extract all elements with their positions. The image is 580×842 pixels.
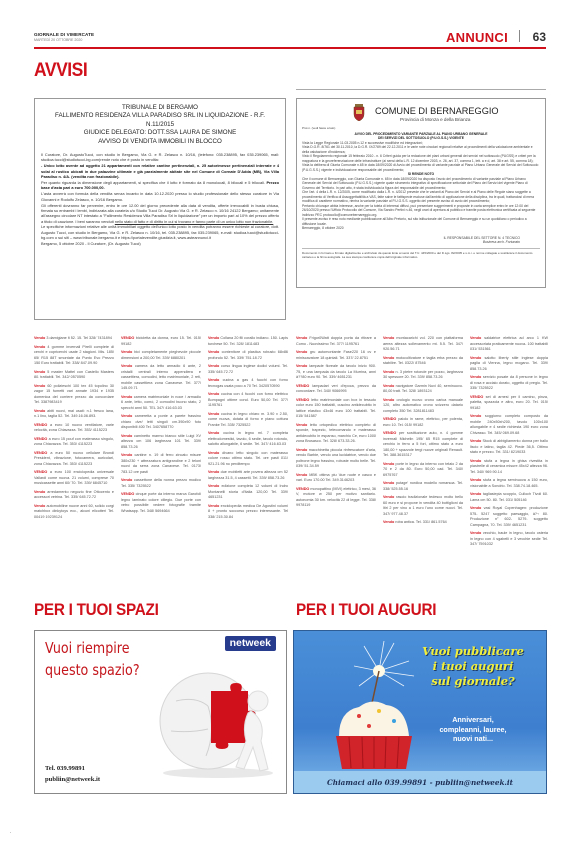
classified-text: servizio posate da 8 persone in legno di… [470, 375, 548, 390]
advert-auguri-contact[interactable]: Chiamaci allo 039.99891 - publiin@netwee… [294, 778, 546, 787]
classified-text: salotto liberty stile inglese doppia pag… [470, 356, 548, 371]
classified-text: soggiorno completo composto da mobile 24… [470, 414, 548, 435]
coat-of-arms-icon [353, 104, 365, 121]
classified-keyword: Vendo [383, 370, 394, 374]
advert-auguri-subline: Anniversari, compleanni, lauree, nuovi n… [408, 715, 538, 744]
classified-ad: Vendo putage' nordica modello romarsoa. … [383, 481, 463, 492]
classified-text: due mobiletti arte povera altezza cm 52 … [208, 470, 288, 480]
classified-keyword: Vendo [470, 459, 481, 463]
classified-text: letto ortopedico elettrico completo di s… [296, 423, 376, 444]
classified-keyword: Vendo [34, 409, 45, 413]
classified-keyword: VENDO [34, 470, 47, 474]
classified-keyword: Vendo [296, 364, 307, 368]
classified-ad: Vendo roba antica. Tel. 331/ 861.5764 [383, 520, 463, 526]
classified-keyword: Vendo [34, 336, 45, 340]
classifieds-column-3: Vendo Collana 20 fili corallo indiano. 1… [208, 336, 288, 523]
classified-ad: Vendo 60 polizieschi 100 tex 45 topolino… [34, 384, 114, 406]
classified-keyword: Vendo [470, 506, 481, 510]
classified-text: cucina con 4 fuochi con forno elettrico … [208, 392, 288, 407]
classified-ad: VENDO set di arnesi per il camino, pinza… [470, 395, 548, 412]
classified-keyword: Vendo [121, 434, 132, 438]
classified-keyword: Vendo [121, 395, 132, 399]
comune-title: COMUNE DI BERNAREGGIO [375, 106, 499, 116]
classified-keyword: Vendo [470, 439, 481, 443]
tribunale-heading-line: FALLIMENTO RESIDENZA VILLA PARADISO SRL … [41, 112, 279, 129]
classified-text: arredamento negozio fine Ottocento e acc… [34, 490, 114, 500]
classified-text: lampade floreale da tavolo inizio 900. 7… [296, 364, 376, 379]
classified-keyword: VENDO [34, 437, 47, 441]
classified-keyword: Vendo [470, 478, 481, 482]
classified-keyword: Vendo [296, 473, 307, 477]
classified-keyword: Vendo [296, 336, 307, 340]
classified-ad: Vendo camera da letto armadio 6 ante, 2 … [121, 364, 201, 392]
classified-keyword: Vendo [208, 336, 219, 340]
classified-keyword: Vendo [34, 504, 45, 508]
classified-text: macchinetta piccola rinfrescatore d'aria… [296, 448, 376, 469]
classified-ad: Vendo arredamento negozio fine Ottocento… [34, 490, 114, 501]
classified-ad: Vendo vasi Royal Copenhagen: produzione … [470, 506, 548, 528]
tribunale-heading: TRIBUNALE DI BERGAMO FALLIMENTO RESIDENZ… [41, 104, 279, 146]
classified-text: orologio nuovo crono carica manuale 120,… [383, 398, 463, 413]
classifieds-column-6: Vendo saldatrice elettrica ad arco 1 KW … [470, 336, 548, 551]
classified-keyword: Vendo [121, 364, 132, 368]
classified-text: vecchio, baule in legno, tavolo osteria … [470, 531, 548, 546]
classified-text: porte in legno da interno con telaio 2 d… [383, 462, 463, 477]
classified-keyword: VENDO [296, 384, 309, 388]
classified-keyword: Vendo [121, 453, 132, 457]
classified-text: 60 polizieschi 100 tex 45 topolino 30 za… [34, 384, 114, 405]
classified-ad: Vendo Stock di abbigliamento donna per b… [470, 439, 548, 456]
page-mark [10, 832, 11, 833]
classified-text: caminetto marmo bianco stile Luigi XV al… [121, 434, 201, 449]
comune-notice: COMUNE DI BERNAREGGIO Provincia di Monza… [296, 98, 546, 288]
classified-text: Frigor0Watt doppia porta da ritirare a C… [296, 336, 376, 346]
classified-keyword: Vendo [296, 350, 307, 354]
classified-text: Stock di abbigliamento donna per ballo l… [470, 439, 548, 454]
classified-text: camera matrimoniale in noce / armadio 6 … [121, 395, 201, 410]
classified-keyword: Vendo [383, 336, 394, 340]
avvisi-title: AVVISI [34, 60, 87, 82]
classified-keyword: Vendo [470, 492, 481, 496]
classified-ad: Vendo 3 damigiane lt 52. 15. Tel 328/ 74… [34, 336, 114, 342]
classified-ad: VENDO a euro 50 nuovo cellulare Brondi P… [34, 451, 114, 468]
classified-text: cameretta a ponte a parete frassino chia… [121, 414, 201, 429]
classified-keyword: Vendo [208, 378, 219, 382]
comune-footer-note: Documento in formato e firmato digitalme… [302, 248, 540, 259]
advert-spazi-phone[interactable]: Tel. 039.99891 [45, 765, 85, 772]
tribunale-paragraph: Per quanto riguarda la dimensione degli … [41, 180, 279, 191]
classifieds-column-2: VENDO bicicletta da donna, euro 15. Tel.… [121, 336, 201, 517]
classified-keyword: VENDO [470, 395, 483, 399]
classified-ad: Vendo divano letto singolo con materasso… [208, 451, 288, 468]
classified-ad: Vendo due mobiletti arte povera altezza … [208, 470, 288, 481]
comune-paragraph: Visto il Regolamento regionale 15 febbra… [302, 154, 540, 163]
classified-ad: Vendo 4 gomme invernali Pirelli complete… [34, 345, 114, 367]
classified-ad: Vendo Frigor0Watt doppia porta da ritira… [296, 336, 376, 347]
classified-ad: Vendo cucina in legno chiaro m. 3.90 x 2… [208, 412, 288, 429]
classified-ad: Vendo contenitore di plastica robusto 68… [208, 350, 288, 361]
classifieds-column-5: Vendo montacarichi vol. 220 con piattafo… [383, 336, 463, 529]
classified-text: tagliasiepia scoppio, Culloch Tivoli 60.… [470, 492, 548, 502]
headline-line: Vuoi pubblicare [408, 644, 538, 659]
classified-keyword: Vendo [383, 495, 394, 499]
classified-keyword: Vendo [208, 392, 219, 396]
classified-ad: Vendo Collana 20 fili corallo indiano. 1… [208, 336, 288, 347]
publication-name: GIORNALE DI VIMERCATE [34, 32, 94, 37]
classified-text: 5 master Mattel con Castello Masters 80.… [34, 370, 114, 380]
classified-keyword: VENDO [121, 336, 134, 340]
classified-keyword: Vendo [470, 375, 481, 379]
classified-text: abiti nuovi, mai usati: n.1 fresco lana,… [34, 409, 114, 419]
section-title-auguri: PER I TUOI AUGURI [296, 600, 436, 620]
classifieds-column-1: Vendo 3 damigiane lt 52. 15. Tel 328/ 74… [34, 336, 114, 523]
classified-ad: Vendo bici completamente pieghevole picc… [121, 350, 201, 361]
classified-keyword: Vendo [121, 478, 132, 482]
classified-ad: Vendo stufa a legna seminuova a 150 euro… [470, 478, 548, 489]
classified-ad: Vendo cameretta a ponte a parete frassin… [121, 414, 201, 431]
tribunale-paragraph-bold: - Unico lotto avente ad oggetto 21 appar… [41, 163, 279, 179]
classified-keyword: VENDO [383, 417, 396, 421]
classified-keyword: Vendo [383, 384, 394, 388]
subline-line: Anniversari, [408, 715, 538, 725]
comune-subtitle: Provincia di Monza e della Brianza [400, 117, 470, 122]
classified-text: MBK ottima piu 'due ruote e casco e vari… [296, 473, 376, 483]
classified-ad: Vendo n. 3 pietre rotonde per pozzo, lar… [383, 370, 463, 381]
classified-keyword: Vendo [383, 398, 394, 402]
classified-ad: Vendo motocoltivatore e taglia erba prez… [383, 356, 463, 367]
classified-keyword: VENDO [383, 431, 396, 435]
classified-keyword: Vendo [383, 356, 394, 360]
classified-ad: Vendo MBK ottima piu 'due ruote e casco … [296, 473, 376, 484]
signature-name: Business arch. Fortunato [302, 240, 520, 245]
headline-line: questo spazio? [45, 659, 140, 681]
classified-ad: Vendo caminetto marmo bianco stile Luigi… [121, 434, 201, 451]
classified-text: contenitore di plastica robusto 68x86 pr… [208, 350, 288, 360]
classified-ad: VENDO per sostituzione auto, n. 4 gomme … [383, 431, 463, 459]
classified-ad: Vendo cassettone della nonna prezzo modi… [121, 478, 201, 489]
classified-text: navigatore Garmin Nuvi 40, seminuovo. 80… [383, 384, 463, 394]
classified-ad: Vendo montacarichi vol. 220 con piattafo… [383, 336, 463, 353]
classifieds-column-4: Vendo Frigor0Watt doppia porta da ritira… [296, 336, 376, 512]
tribunale-text: Per quanto riguarda la dimensione degli … [41, 180, 265, 185]
advert-spazi[interactable]: Vuoi riempire questo spazio? netweek Tel… [34, 630, 287, 794]
classified-text: divano letto singolo con materasso color… [208, 451, 288, 466]
classified-ad: VENDO a euro 15 pouf con materasso singo… [34, 437, 114, 448]
classified-keyword: Vendo [470, 414, 481, 418]
classified-ad: Vendo abiti nuovi, mai usati: n.1 fresco… [34, 409, 114, 420]
classified-ad: Vendo gru automontante Fase220 16 cv e m… [296, 350, 376, 361]
tribunale-body: Il Curatore, Dr. AugustoTucci, con studi… [41, 152, 279, 246]
classified-text: saldatrice elettrica ad arco 1 KW access… [470, 336, 548, 351]
classified-ad: Vendo enciclopedia medica De Agostini vo… [208, 504, 288, 521]
header-rule [34, 47, 546, 49]
classified-keyword: Vendo [208, 470, 219, 474]
headline-line: i tuoi auguri [408, 659, 538, 674]
comune-paragraph: Vista la delibera di Giunta Comunale n.6… [302, 163, 540, 172]
puzzle-figure-icon [156, 661, 276, 781]
classified-ad: Vendo saldatrice elettrica ad arco 1 KW … [470, 336, 548, 353]
classified-text: stufa a legna seminuova a 150 euro, visi… [470, 478, 548, 488]
classified-ad: Vendo camera matrimoniale in noce / arma… [121, 395, 201, 412]
classified-ad: Vendo navigatore Garmin Nuvi 40, seminuo… [383, 384, 463, 395]
classified-keyword: Vendo [208, 431, 219, 435]
classified-ad: VENDO monopattino (MIVI) elettrico, 3 me… [296, 487, 376, 509]
classified-ad: Vendo cucina in legno ml. 7 completa ele… [208, 431, 288, 448]
classified-text: cucina a gas 4 fuochi con forno tecnogas… [208, 378, 288, 388]
advert-spazi-email[interactable]: publiin@netweek.it [45, 776, 100, 783]
classified-ad: Vendo porte in legno da interno con tela… [383, 462, 463, 479]
classified-keyword: Vendo [470, 531, 481, 535]
classified-ad: Vendo salotto liberty stile inglese dopp… [470, 356, 548, 373]
tribunale-paragraph: L'asta avverrà con formula della vendita… [41, 191, 279, 202]
classified-text: cantine n. 19 di ferro zincato misure 38… [121, 453, 201, 474]
classified-text: cassettone della nonna prezzo modico Tel… [121, 478, 201, 488]
classified-text: cucina in legno chiaro m. 3.90 x 2.50, c… [208, 412, 288, 427]
classified-ad: Vendo edizione completa 12 volumi di Ind… [208, 484, 288, 501]
classified-ad: Vendo cucina con 4 fuochi con forno elet… [208, 392, 288, 409]
classified-ad: VENDO paiolo in rame, elettrico, per pol… [383, 417, 463, 428]
classified-text: enciclopedia medica De Agostini volumi 8… [208, 504, 288, 519]
tribunale-paragraph: Gli offerenti dovranno far pervenire, en… [41, 203, 279, 224]
classified-keyword: VENDO [34, 423, 47, 427]
classified-keyword: Vendo [383, 462, 394, 466]
classified-ad: Vendo rasoio tradizionale tedesco molto … [383, 495, 463, 517]
classified-ad: Vendo automobiline nuove anni 60, solido… [34, 504, 114, 521]
classified-keyword: Vendo [470, 356, 481, 360]
comune-protocol: Prot.n. (vedi fasce a lato) [302, 126, 540, 131]
subline-line: nuovi nati... [408, 734, 538, 744]
classified-keyword: Vendo [121, 414, 132, 418]
classified-keyword: Vendo [383, 520, 394, 524]
classified-keyword: Vendo [470, 336, 481, 340]
tribunale-paragraph: Il Curatore, Dr. AugustoTucci, con studi… [41, 152, 279, 163]
tribunale-notice: TRIBUNALE DI BERGAMO FALLIMENTO RESIDENZ… [34, 98, 286, 320]
subline-line: compleanni, lauree, [408, 725, 538, 735]
classified-keyword: Vendo [34, 490, 45, 494]
header-divider [519, 30, 520, 42]
classified-keyword: Vendo [208, 484, 219, 488]
classified-keyword: Vendo [208, 364, 219, 368]
headline-line: sul giornale? [408, 674, 538, 689]
classified-text: edizione completa 12 volumi di Indro Mon… [208, 484, 288, 499]
classified-ad: Vendo 5 master Mattel con Castello Maste… [34, 370, 114, 381]
comune-signature: IL RESPONSABILE DEL SETTORE N. 4 TECNICO… [302, 236, 540, 245]
classified-ad: VENDO letto matrimoniale con box in tess… [296, 398, 376, 420]
comune-paragraph: Pertanto chiunque abbia interesse, anche… [302, 204, 540, 218]
classified-text: gru automontante Fase220 16 cv e minisca… [296, 350, 376, 360]
section-title-spazi: PER I TUOI SPAZI [34, 600, 159, 620]
tribunale-heading-line: GIUDICE DELEGATO: DOTT.SSA LAURA DE SIMO… [41, 129, 279, 137]
classified-ad: VENDO cinque porte da interno marca Garo… [121, 492, 201, 514]
comune-paragraph: Il presente avviso è reso noto mediante … [302, 217, 540, 226]
classified-ad: Vendo soggiorno completo composto da mob… [470, 414, 548, 436]
comune-paragraph: Che l'art. 4 della L.R. n. 12/2005, come… [302, 190, 540, 204]
publication-date: MARTEDÌ 20 OTTOBRE 2020 [34, 38, 82, 42]
classified-ad: VENDO a euro 100 enciclopedia universale… [34, 470, 114, 487]
comune-date: Bernareggio, 8 ottobre 2020 [302, 226, 540, 231]
comune-body: Prot.n. (vedi fasce a lato) AVVIO DEL PR… [302, 126, 540, 259]
classified-ad: VENDO lampadari veri d'epoca, prezzo da … [296, 384, 376, 395]
classified-text: Collana 20 fili corallo indiano. 150. La… [208, 336, 288, 346]
classified-keyword: Vendo [34, 345, 45, 349]
classified-keyword: Vendo [208, 504, 219, 508]
classified-text: putage' nordica modello romarsoa. Tel. 3… [383, 481, 463, 491]
classified-keyword: VENDO [296, 398, 309, 402]
classified-ad: Vendo vecchio, baule in legno, tavolo os… [470, 531, 548, 548]
classified-text: 3 damigiane lt 52. 15. Tel 328/ 7431894 [46, 336, 112, 340]
tribunale-paragraph: Le specifiche informazioni relative alle… [41, 224, 279, 240]
classified-text: roba antica. Tel. 331/ 861.5764 [395, 520, 446, 524]
classified-text: automobiline nuove anni 60, solido corgi… [34, 504, 114, 519]
classified-ad: Vendo cantine n. 19 di ferro zincato mis… [121, 453, 201, 475]
classified-keyword: Vendo [34, 370, 45, 374]
classified-ad: Vendo servizio posate da 8 persone in le… [470, 375, 548, 392]
classified-ad: Vendo lampade floreale da tavolo inizio … [296, 364, 376, 381]
comune-rule [296, 89, 546, 90]
page-header: GIORNALE DI VIMERCATE MARTEDÌ 20 OTTOBRE… [34, 32, 546, 46]
classified-text: n. 3 pietre rotonde per pozzo, larghezza… [383, 370, 463, 380]
classified-ad: Vendo cucina a gas 4 fuochi con forno te… [208, 378, 288, 389]
tribunale-signature: Bergamo, 5 ottobre 2020 - Il Curatore, (… [41, 241, 279, 246]
advert-auguri[interactable]: Vuoi pubblicare i tuoi auguri sul giorna… [293, 630, 547, 794]
advert-spazi-headline: Vuoi riempire questo spazio? [45, 637, 140, 681]
page-number: 63 [533, 30, 546, 44]
classified-text: vasi Royal Copenhagen: produzione 575- 5… [470, 506, 548, 527]
classified-text: camera da letto armadio 6 ante, 2 crista… [121, 364, 201, 390]
classified-keyword: VENDO [296, 487, 309, 491]
classified-keyword: VENDO [34, 451, 47, 455]
classified-keyword: Vendo [296, 448, 307, 452]
classified-keyword: Vendo [296, 423, 307, 427]
classified-ad: Vendo letto ortopedico elettrico complet… [296, 423, 376, 445]
classified-ad: VENDO bicicletta da donna, euro 15. Tel.… [121, 336, 201, 347]
classified-text: rasoio tradizionale tedesco molto bello … [383, 495, 463, 516]
advert-auguri-headline: Vuoi pubblicare i tuoi auguri sul giorna… [408, 644, 538, 689]
classified-keyword: Vendo [383, 481, 394, 485]
classified-text: stufa a legna in ghisa rivestita in pias… [470, 459, 548, 474]
classified-text: 4 gomme invernali Pirelli complete di ce… [34, 345, 114, 366]
classified-text: corso lingua inglese dodici volumi. Tel.… [208, 364, 288, 374]
tribunale-heading-line: TRIBUNALE DI BERGAMO [41, 104, 279, 112]
comune-paragraph: Che il comune di Bernareggio, con Giunta… [302, 177, 540, 191]
classified-ad: Vendo corso lingua inglese dodici volumi… [208, 364, 288, 375]
classified-ad: Vendo tagliasiepia scoppio, Culloch Tivo… [470, 492, 548, 503]
classified-keyword: Vendo [208, 350, 219, 354]
headline-line: Vuoi riempire [45, 637, 140, 659]
classified-keyword: Vendo [121, 350, 132, 354]
classified-keyword: Vendo [34, 384, 45, 388]
comune-paragraph: Vista D.G.R. 8/761 del 30.11.2010, la D.… [302, 145, 540, 154]
classified-keyword: Vendo [208, 451, 219, 455]
classified-keyword: Vendo [208, 412, 219, 416]
classified-text: bici completamente pieghevole piccole di… [121, 350, 201, 360]
classified-text: cucina in legno ml. 7 completa elettrodo… [208, 431, 288, 446]
classified-ad: Vendo macchinetta piccola rinfrescatore … [296, 448, 376, 470]
classified-ad: VENDO a euro 10 nuovo ventilatore, varie… [34, 423, 114, 434]
netweek-logo: netweek [225, 636, 276, 651]
section-title: ANNUNCI [446, 30, 508, 45]
classified-keyword: VENDO [121, 492, 134, 496]
classified-ad: Vendo stufa a legna in ghisa rivestita i… [470, 459, 548, 476]
classified-ad: Vendo orologio nuovo crono carica manual… [383, 398, 463, 415]
classified-text: motocoltivatore e taglia erba prezzo da … [383, 356, 463, 366]
tribunale-heading-line: AVVISO DI VENDITA IMMOBILI IN BLOCCO [41, 138, 279, 146]
tribunale-underlined-text: nello stato di fatto e di diritto in cui… [115, 219, 274, 224]
classified-text: montacarichi vol. 220 con piattaforma ae… [383, 336, 463, 351]
